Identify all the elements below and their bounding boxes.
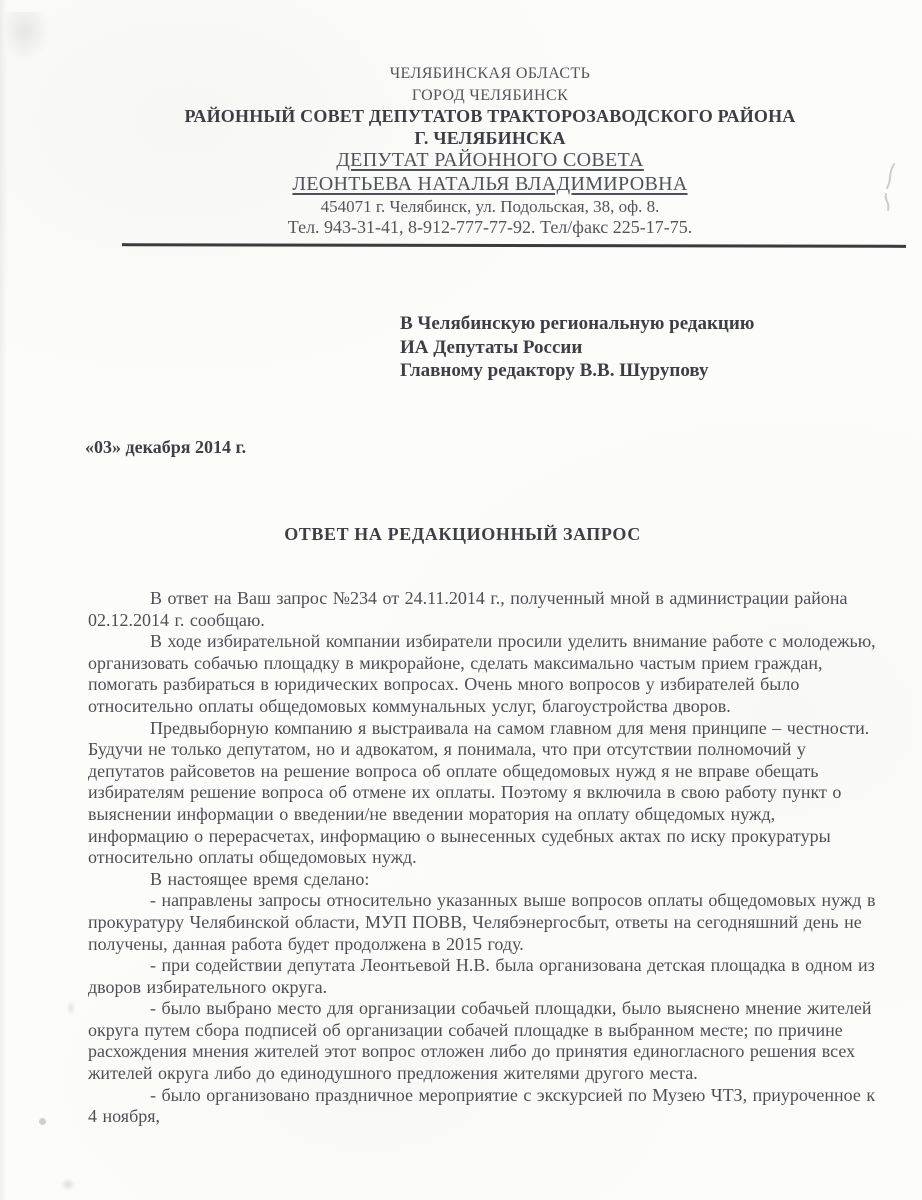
scan-speck [60,1178,76,1191]
letterhead-council-line2: Г. ЧЕЛЯБИНСКА [60,128,920,150]
addressee-line-2: ИА Депутаты России [400,336,754,360]
paragraph-principles: Предвыборную компанию я выстраивала на с… [88,718,880,869]
scanned-letter-page: ЧЕЛЯБИНСКАЯ ОБЛАСТЬ ГОРОД ЧЕЛЯБИНСК РАЙО… [0,0,922,1200]
scan-smudge-top-left [6,12,52,64]
letterhead-phones: Тел. 943-31-41, 8-912-777-77-92. Тел/фак… [60,217,920,239]
scan-edge-shadow [0,0,7,1200]
document-title: ОТВЕТ НА РЕДАКЦИОННЫЙ ЗАПРОС [55,524,870,545]
letter-body: В ответ на Ваш запрос №234 от 24.11.2014… [88,588,880,1128]
paragraph-item-excursion: - было организовано праздничное мероприя… [88,1085,880,1128]
letterhead-city: ГОРОД ЧЕЛЯБИНСК [60,85,920,107]
paragraph-done-header: В настоящее время сделано: [88,869,880,891]
addressee-line-3: Главному редактору В.В. Шурупову [400,359,754,383]
letterhead-region: ЧЕЛЯБИНСКАЯ ОБЛАСТЬ [60,63,920,85]
letterhead-divider [122,243,906,248]
addressee-line-1: В Челябинскую региональную редакцию [400,312,754,336]
letterhead-council-line1: РАЙОННЫЙ СОВЕТ ДЕПУТАТОВ ТРАКТОРОЗАВОДСК… [60,106,920,128]
date-line: «03» декабря 2014 г. [85,437,246,458]
paragraph-item-requests: - направлены запросы относительно указан… [88,890,880,955]
paragraph-item-playground: - при содействии депутата Леонтьевой Н.В… [88,955,880,998]
addressee-block: В Челябинскую региональную редакцию ИА Д… [400,312,754,383]
paragraph-item-dog-area: - было выбрано место для организации соб… [88,998,880,1084]
letterhead: ЧЕЛЯБИНСКАЯ ОБЛАСТЬ ГОРОД ЧЕЛЯБИНСК РАЙО… [60,63,920,239]
scan-speck [66,1000,76,1016]
letterhead-position: ДЕПУТАТ РАЙОННОГО СОВЕТА [60,149,920,173]
letterhead-address: 454071 г. Челябинск, ул. Подольская, 38,… [60,196,920,217]
letterhead-deputy-name: ЛЕОНТЬЕВА НАТАЛЬЯ ВЛАДИМИРОВНА [60,173,920,197]
scan-speck [39,1118,46,1125]
paragraph-campaign-issues: В ходе избирательной компании избиратели… [88,631,880,717]
paragraph-intro: В ответ на Ваш запрос №234 от 24.11.2014… [88,588,880,631]
